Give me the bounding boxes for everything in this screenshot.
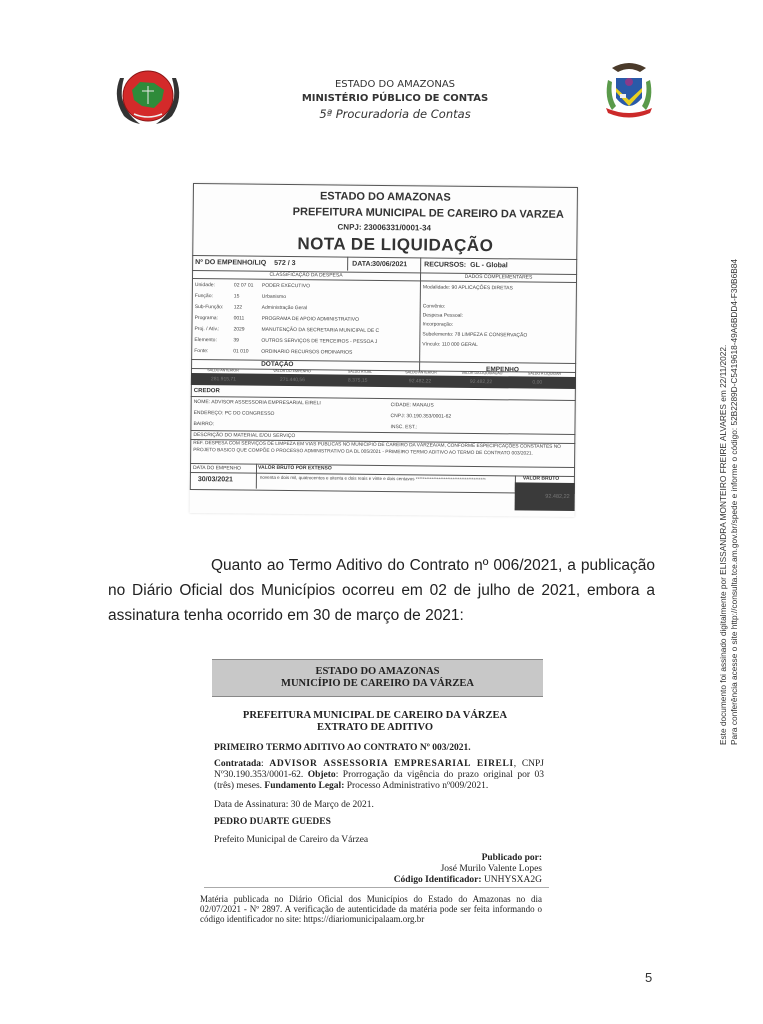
header-ministry: MINISTÉRIO PÚBLICO DE CONTAS [250,92,540,106]
empenho-value: 572 / 3 [274,260,295,267]
classificacao-cell: 01 010 [233,348,248,354]
credor-endereco: ENDEREÇO: PC DO CONGRESSO [194,410,275,417]
credor-cidade: CIDADE: MANAUS [391,402,434,408]
valor-bruto-label: VALOR BRUTO [523,475,559,481]
valor-column-header: SALDO ANTERIOR [191,368,255,373]
classificacao-cell: Proj. / Ativ.: [194,326,219,332]
data-empenho-value: 30/03/2021 [198,476,233,483]
complementar-item: Incorporação: [423,321,454,327]
recursos-label: RECURSOS: [424,261,466,268]
classificacao-cell: Elemento: [194,337,217,343]
classificacao-cell: Administração Geral [262,305,307,311]
nota-de-liquidacao-image: ESTADO DO AMAZONAS PREFEITURA MUNICIPAL … [190,183,578,517]
valor-cell: 271.440,56 [280,377,305,383]
valor-column-header: SALDO ANTERIOR [391,370,451,375]
header-procuradoria: 5ª Procuradoria de Contas [250,106,540,122]
classificacao-cell: OUTROS SERVIÇOS DE TERCEIROS - PESSOA J [261,338,377,345]
classificacao-cell: PODER EXECUTIVO [262,283,310,290]
signature-line-2: Para conferência acesse o site http://co… [729,185,740,745]
data-empenho-label: DATA DO EMPENHO [193,465,241,472]
nota-cnpj: CNPJ: 23006331/0001-34 [337,223,430,233]
extrato-data-assinatura: Data de Assinatura: 30 de Março de 2021. [214,800,544,811]
extrato-cargo: Prefeito Municipal de Careiro da Várzea [214,835,544,846]
valor-column-header: SALDO ATUAL [329,369,391,374]
header-state: ESTADO DO AMAZONAS [250,78,540,92]
publicado-por: José Murilo Valente Lopes [441,864,542,875]
extrato-signatario: PEDRO DUARTE GUEDES [214,817,544,828]
extrato-subtitle: PREFEITURA MUNICIPAL DE CAREIRO DA VÁRZE… [200,710,550,734]
valor-cell: 8.375,15 [348,378,368,384]
extrato-separator [204,887,549,888]
classificacao-cell: Urbanismo [262,294,286,300]
amazonas-coat-of-arms-logo [598,58,660,124]
credor-insc: INSC. EST.: [390,424,417,430]
subtitle-prefeitura: PREFEITURA MUNICIPAL DE CAREIRO DA VÁRZE… [200,710,550,722]
complementar-item: Vínculo: 110 000 GERAL [422,341,478,348]
codigo-identificador: Código Identificador: UNHYSXA2G [394,875,542,886]
valor-cell: 281.915,71 [211,376,236,382]
credor-bairro: BAIRRO: [193,421,214,427]
extrato-body: Contratada: ADVISOR ASSESSORIA EMPRESARI… [214,759,544,792]
classificacao-cell: 2029 [233,326,244,332]
nota-title: NOTA DE LIQUIDAÇÃO [297,234,493,256]
recursos-value: GL - Global [470,262,508,269]
signature-line-1: Este documento foi assinado digitalmente… [718,185,729,745]
banner-state: ESTADO DO AMAZONAS [212,666,543,678]
subtitle-extrato: EXTRATO DE ADITIVO [200,722,550,734]
descricao-header: DESCRIÇÃO DO MATERIAL E/OU SERVIÇO [193,432,295,439]
classificacao-cell: Função: [195,293,213,299]
extrato-termo: PRIMEIRO TERMO ADITIVO AO CONTRATO Nº 00… [214,743,544,754]
digital-signature-stamp: Este documento foi assinado digitalmente… [718,185,740,745]
valor-cell: 92.482,22 [470,379,492,385]
classificacao-cell: 39 [233,337,239,343]
empenho-label: Nº DO EMPENHO/LIQ [195,259,266,267]
dotacao-header: DOTAÇÃO [261,361,293,368]
publicado-label: Publicado por: [482,853,542,864]
complementar-item: Subelemento: 78 LIMPEZA E CONSERVAÇÃO [422,331,527,338]
classificacao-cell: Fonte: [194,348,208,354]
classificacao-cell: Sub-Função: [195,304,224,310]
classificacao-cell: Programa: [195,315,218,321]
complementar-item: Convênio: [423,303,446,309]
valor-column-header: VALOR DA LIQUIDAÇÃO [451,371,513,376]
classificacao-cell: 15 [234,293,240,299]
data-value: 30/06/2021 [372,261,407,268]
mpc-seal-logo [110,64,186,128]
complementar-item: Modalidade: 90 APLICAÇÕES DIRETAS [423,284,513,291]
valor-cell: 0,00 [532,380,542,386]
valor-bruto-value: 92.482,22 [545,494,570,500]
classificacao-cell: PROGRAMA DE APOIO ADMINISTRATIVO [262,316,359,323]
classificacao-cell: ORDINARIO RECURSOS ORDINARIOS [261,349,352,356]
institution-header: ESTADO DO AMAZONAS MINISTÉRIO PÚBLICO DE… [250,78,540,122]
classificacao-cell: 122 [234,304,242,310]
valor-bruto-box: 92.482,22 [515,482,575,511]
valor-cell: 92.482,22 [409,378,431,384]
valor-column-header: SALDO A LIQUIDAR [513,371,576,376]
banner-municipio: MUNICÍPIO DE CAREIRO DA VÁRZEA [212,678,543,690]
credor-header: CREDOR [194,388,220,394]
classificacao-cell: 02 07 01 [234,282,254,288]
extenso-label: VALOR BRUTO POR EXTENSO [258,465,332,472]
body-paragraph: Quanto ao Termo Aditivo do Contrato nº 0… [108,553,655,628]
page-number: 5 [645,970,652,985]
classificacao-cell: 0011 [234,315,245,321]
data-label: DATA: [352,261,373,268]
classificacao-cell: Unidade: [195,282,215,288]
mpc-am-seal-icon [110,64,186,128]
extrato-banner: ESTADO DO AMAZONAS MUNICÍPIO DE CAREIRO … [212,659,543,697]
complementar-item: Despesa Pessoal: [423,312,463,318]
credor-cnpj: CNPJ: 30.190.353/0001-62 [391,413,452,420]
extrato-rodape: Matéria publicada no Diário Oficial dos … [200,894,542,924]
paragraph-text: Quanto ao Termo Aditivo do Contrato nº 0… [108,557,655,624]
amazonas-coat-of-arms-icon [598,58,660,124]
valor-column-header: VALOR DO EMPENHO [255,369,329,374]
classificacao-cell: MANUTENÇÃO DA SECRETARIA MUNICIPAL DE C [261,327,379,334]
